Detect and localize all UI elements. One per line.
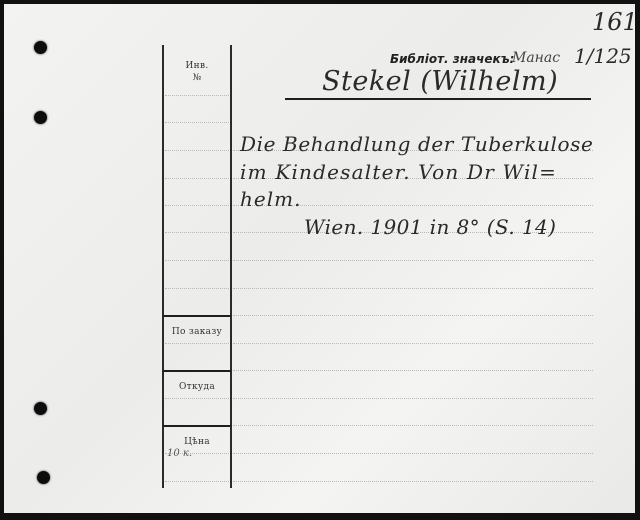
rule-line [233,398,593,399]
rule-line [165,288,229,289]
rule-line [233,370,593,371]
catalog-card: 161 Библіот. значекъ: Манас 1/125 Инв. №… [4,4,635,513]
rule-line [165,150,229,151]
title-line-3: helm. [240,187,301,211]
rule-line [233,315,593,316]
rule-line [165,398,229,399]
price-value: 10 к. [167,448,192,459]
left-column-border [162,45,164,488]
right-column-border [230,45,232,488]
rule-line [233,425,593,426]
price-label: Цѣна [164,437,230,447]
library-mark-value: 1/125 [574,44,632,68]
rule-line [233,288,593,289]
rule-line [165,481,229,482]
price-divider [163,425,231,427]
source-label: Откуда [164,382,230,392]
title-line-1: Die Behandlung der Tuberkulose [240,132,593,156]
inv-label-line1: Инв. [164,60,230,72]
source-divider [163,370,231,372]
rule-line [233,453,593,454]
corner-number: 161 [592,8,635,36]
punch-hole-2 [34,111,47,124]
rule-line [165,178,229,179]
punch-hole-3 [34,402,47,415]
punch-hole-4 [37,471,50,484]
author-name: Stekel (Wilhelm) [322,66,558,97]
inv-label: Инв. № [164,60,230,84]
rule-line [165,232,229,233]
author-underline [285,98,591,100]
inv-label-line2: № [164,72,230,84]
imprint: Wien. 1901 in 8° (S. 14) [304,215,556,239]
rule-line [165,260,229,261]
rule-line [165,343,229,344]
library-mark-label: Библіот. значекъ: [390,52,514,66]
rule-line [233,343,593,344]
library-mark-location: Манас [512,50,560,66]
rule-line [165,95,229,96]
punch-hole-1 [34,41,47,54]
rule-line [165,205,229,206]
title-line-2: im Kindesalter. Von Dr Wil= [240,160,557,184]
order-label: По заказу [164,327,230,337]
order-divider [163,315,231,317]
rule-line [165,122,229,123]
rule-line [233,260,593,261]
rule-line [233,481,593,482]
